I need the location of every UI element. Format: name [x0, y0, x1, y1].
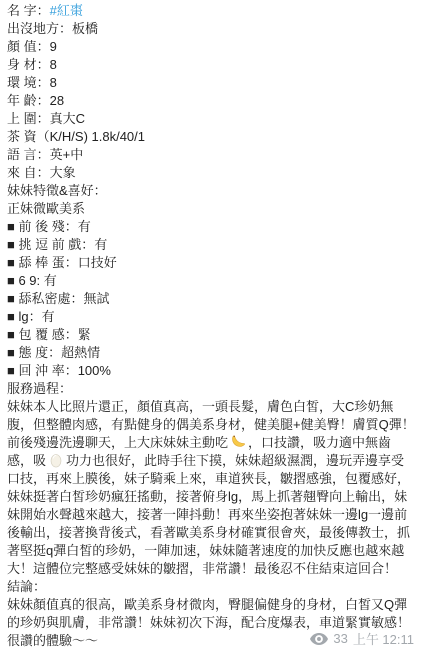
text-span: ■ 態 度：超熱情: [7, 345, 100, 360]
text-span: ■ 舔私密處：無試: [7, 291, 109, 306]
text-line: 結論：: [7, 578, 415, 596]
text-line: 正妹微歐美系: [7, 200, 415, 218]
text-line: 來 自：大象: [7, 164, 415, 182]
text-span: 名 字：: [7, 3, 50, 18]
text-span: 服務過程：: [7, 381, 72, 396]
text-line: 語 言：英+中: [7, 146, 415, 164]
text-span: 年 齡：28: [7, 93, 64, 108]
text-span: 感，吸: [7, 453, 46, 468]
text-line: ■ 包 覆 感：緊: [7, 326, 415, 344]
text-span: 著堅挺q彈白皙的珍奶，一陣加速，妹妹隨著速度的加快反應也越來越: [7, 543, 404, 558]
text-line: ■ 態 度：超熱情: [7, 344, 415, 362]
text-line: ■ 挑 逗 前 戲：有: [7, 236, 415, 254]
eye-icon: [310, 633, 328, 645]
banana-emoji: [230, 434, 246, 450]
text-line: 妹妹特徵&喜好：: [7, 182, 415, 200]
text-span: ，口技讚，吸力適中無齒: [248, 435, 391, 450]
text-line: 前後殘邊洗邊聊天，上大床妹妹主動吃，口技讚，吸力適中無齒: [7, 434, 415, 452]
text-line: 妹開始水聲越來越大，接著一陣抖動！再來坐姿抱著妹妹一邊lg一邊前: [7, 506, 415, 524]
view-count: 33: [333, 631, 347, 646]
hashtag-link[interactable]: #紅棗: [50, 3, 83, 18]
text-span: 妹妹挺著白皙珍奶瘋狂搖動，接著俯身lg，馬上抓著翹臀向上輸出，妹: [7, 489, 407, 504]
post-meta: 33 上午 12:11: [310, 629, 414, 648]
text-span: 功力也很好，此時手往下摸，妹妹超級濕潤，邊玩弄邊享受: [66, 453, 404, 468]
text-span: 妹妹本人比照片還正，顏值真高，一頭長髮，膚色白皙，大C珍奶無: [7, 399, 393, 414]
text-line: ■ 前 後 殘：有: [7, 218, 415, 236]
text-line: 服務過程：: [7, 380, 415, 398]
text-line: ■ 6 9: 有: [7, 272, 415, 290]
text-span: 上 圍：真大C: [7, 111, 85, 126]
text-line: 口技，再來上膜後，妹子騎乘上來，車道狹長，皺摺感強，包覆感好，: [7, 470, 415, 488]
text-line: 著堅挺q彈白皙的珍奶，一陣加速，妹妹隨著速度的加快反應也越來越: [7, 542, 415, 560]
text-line: 後輸出，接著換背後式，看著歐美系身材確實很會夾，最後傳教士，抓: [7, 524, 415, 542]
post-body: 名 字：#紅棗出沒地方：板橋顏 值：9身 材：8環 境：8年 齡：28上 圍：真…: [0, 0, 421, 650]
text-line: ■ 回 沖 率：100%: [7, 362, 415, 380]
text-span: ■ 挑 逗 前 戲：有: [7, 237, 107, 252]
text-line: 上 圍：真大C: [7, 110, 415, 128]
text-span: 的珍奶與肌膚，非常讚！妹妹初次下海，配合度爆表，車道緊實敏感！: [7, 615, 410, 630]
text-line: 茶 資（K/H/S) 1.8k/40/1: [7, 128, 415, 146]
text-line: 年 齡：28: [7, 92, 415, 110]
text-line: 顏 值：9: [7, 38, 415, 56]
text-span: 環 境：8: [7, 75, 57, 90]
text-line: ■ 舔 棒 蛋：口技好: [7, 254, 415, 272]
text-span: ■ lg：有: [7, 309, 55, 324]
text-line: 妹妹顏值真的很高，歐美系身材微肉，臀腿偏健身的身材，白皙又Q彈: [7, 596, 415, 614]
text-line: 環 境：8: [7, 74, 415, 92]
text-span: ■ 前 後 殘：有: [7, 219, 91, 234]
text-span: 結論：: [7, 579, 46, 594]
text-span: 口技，再來上膜後，妹子騎乘上來，車道狹長，皺摺感強，包覆感好，: [7, 471, 410, 486]
text-line: 感，吸功力也很好，此時手往下摸，妹妹超級濕潤，邊玩弄邊享受: [7, 452, 415, 470]
text-span: 出沒地方：板橋: [7, 21, 98, 36]
text-span: 妹妹特徵&喜好：: [7, 183, 107, 198]
text-line: 出沒地方：板橋: [7, 20, 415, 38]
text-span: ■ 包 覆 感：緊: [7, 327, 91, 342]
text-span: ■ 回 沖 率：100%: [7, 363, 111, 378]
text-line: 妹妹挺著白皙珍奶瘋狂搖動，接著俯身lg，馬上抓著翹臀向上輸出，妹: [7, 488, 415, 506]
text-span: 前後殘邊洗邊聊天，上大床妹妹主動吃: [7, 435, 228, 450]
timestamp: 上午 12:11: [353, 629, 414, 648]
text-span: ■ 6 9: 有: [7, 273, 57, 288]
egg-emoji: [48, 452, 64, 468]
text-span: 大！這體位完整感受妹妹的皺摺，非常讚！最後忍不住結束這回合！: [7, 561, 397, 576]
text-span: 來 自：大象: [7, 165, 76, 180]
text-span: 妹妹顏值真的很高，歐美系身材微肉，臀腿偏健身的身材，白皙又Q彈: [7, 597, 407, 612]
text-span: 茶 資（K/H/S) 1.8k/40/1: [7, 129, 145, 144]
text-line: 名 字：#紅棗: [7, 2, 415, 20]
text-line: ■ lg：有: [7, 308, 415, 326]
text-span: 很讚的體驗～～: [7, 633, 98, 648]
text-span: 妹開始水聲越來越大，接著一陣抖動！再來坐姿抱著妹妹一邊lg一邊前: [7, 507, 407, 522]
text-span: 語 言：英+中: [7, 147, 83, 162]
text-line: 大！這體位完整感受妹妹的皺摺，非常讚！最後忍不住結束這回合！: [7, 560, 415, 578]
text-line: ■ 舔私密處：無試: [7, 290, 415, 308]
text-span: 身 材：8: [7, 57, 57, 72]
text-line: 身 材：8: [7, 56, 415, 74]
text-span: 顏 值：9: [7, 39, 57, 54]
text-span: ■ 舔 棒 蛋：口技好: [7, 255, 117, 270]
text-line: 腹，但整體肉感，有點健身的偶美系身材，健美腿+健美臀！膚質Q彈！: [7, 416, 415, 434]
text-span: 後輸出，接著換背後式，看著歐美系身材確實很會夾，最後傳教士，抓: [7, 525, 410, 540]
text-line: 妹妹本人比照片還正，顏值真高，一頭長髮，膚色白皙，大C珍奶無: [7, 398, 415, 416]
text-span: 正妹微歐美系: [7, 201, 85, 216]
text-span: 腹，但整體肉感，有點健身的偶美系身材，健美腿+健美臀！膚質Q彈！: [7, 417, 415, 432]
